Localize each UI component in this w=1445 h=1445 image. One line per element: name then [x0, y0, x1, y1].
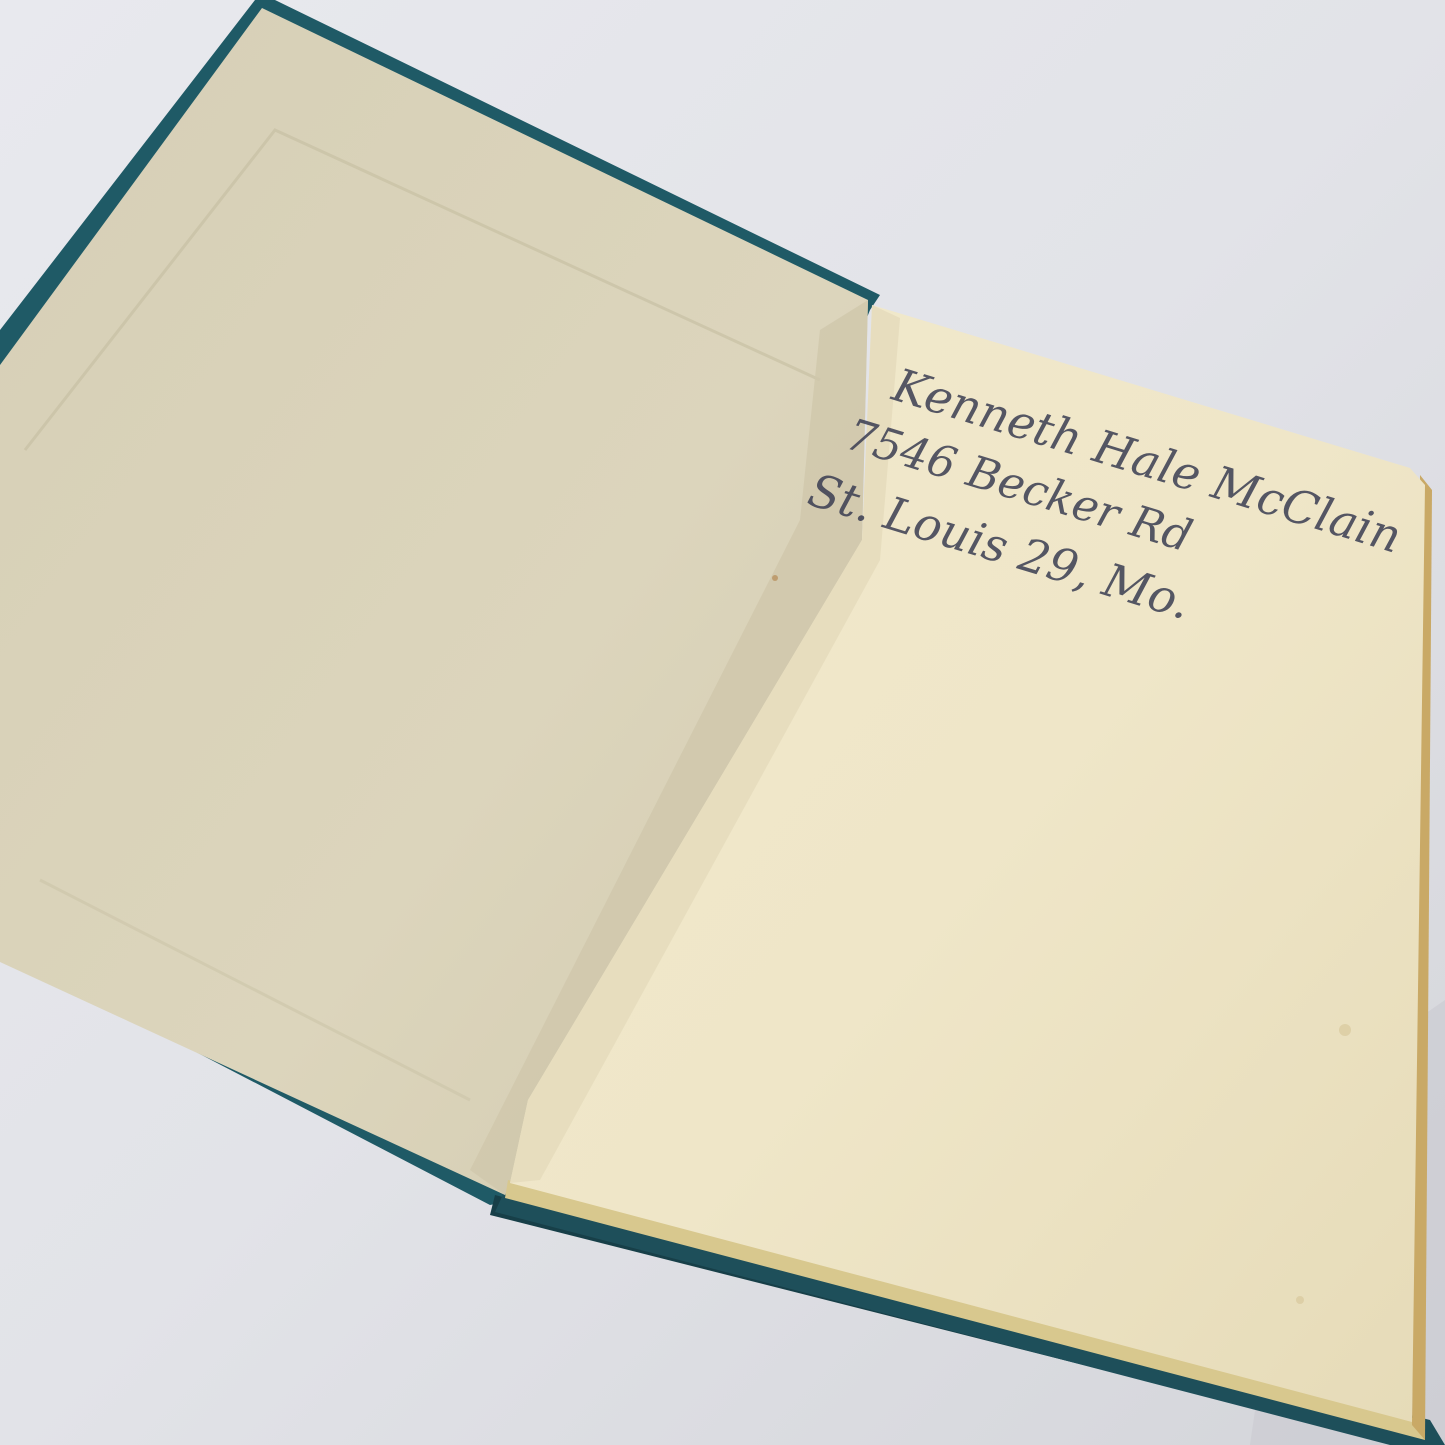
foxing-spot	[1339, 1024, 1351, 1036]
photo-scene: Kenneth Hale McClain 7546 Becker Rd St. …	[0, 0, 1445, 1445]
foxing-spot	[772, 575, 778, 581]
foxing-spot	[1296, 1296, 1304, 1304]
book-photo: Kenneth Hale McClain 7546 Becker Rd St. …	[0, 0, 1445, 1445]
